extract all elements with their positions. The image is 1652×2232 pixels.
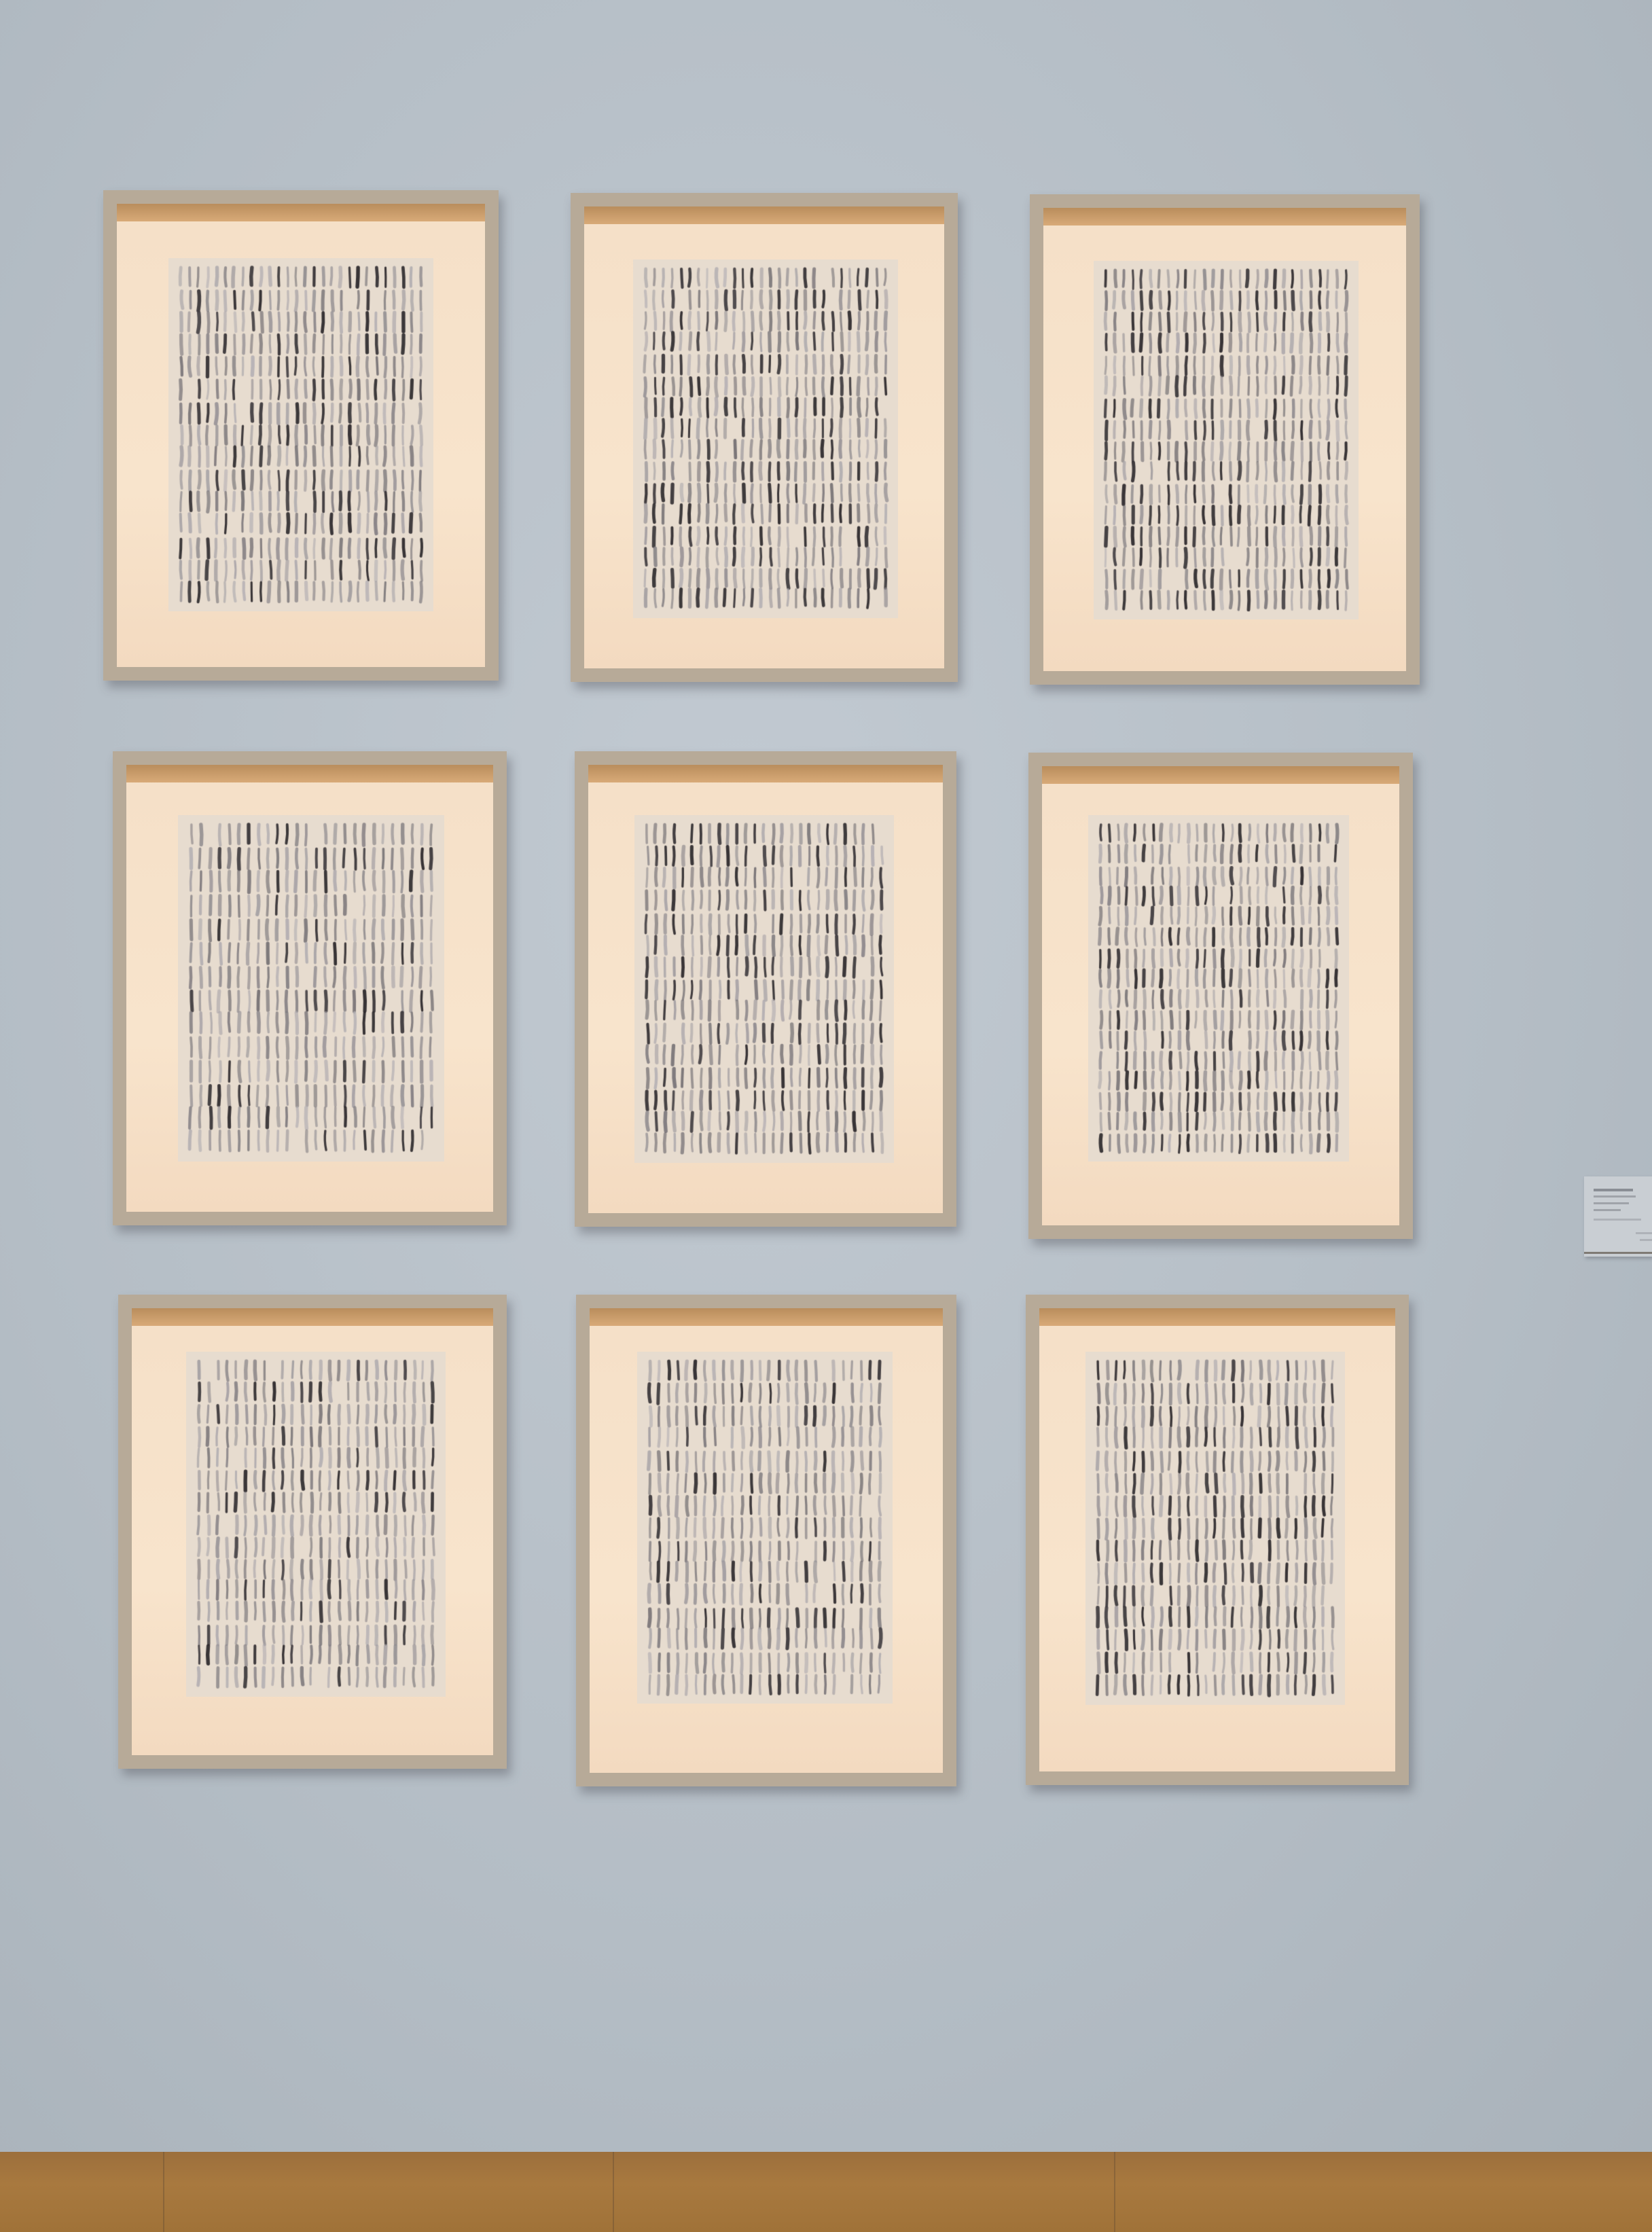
label-text-line xyxy=(1636,1232,1652,1234)
floor-seam xyxy=(163,2152,164,2232)
ink-drawing xyxy=(1094,261,1359,619)
floor-seam xyxy=(613,2152,614,2232)
frame-shadow-lip xyxy=(590,1308,943,1326)
ink-drawing xyxy=(186,1352,446,1697)
label-text-line xyxy=(1594,1202,1629,1204)
ink-drawing xyxy=(178,815,444,1162)
label-text-line xyxy=(1594,1195,1636,1198)
ink-drawing xyxy=(633,259,898,618)
frame-shadow-lip xyxy=(1043,208,1406,226)
ink-drawing xyxy=(637,1352,893,1704)
label-title-line xyxy=(1594,1189,1633,1191)
frame-shadow-lip xyxy=(117,204,485,221)
wooden-floor xyxy=(0,2152,1652,2232)
ink-drawing xyxy=(1085,1352,1345,1705)
wall-label xyxy=(1584,1176,1652,1257)
frame-shadow-lip xyxy=(588,765,943,782)
frame-shadow-lip xyxy=(1042,766,1399,784)
frame-shadow-lip xyxy=(132,1308,493,1326)
ink-drawing xyxy=(168,258,433,611)
frame-shadow-lip xyxy=(584,206,944,224)
label-text-line xyxy=(1594,1209,1621,1211)
frame-shadow-lip xyxy=(1039,1308,1395,1326)
ink-drawing xyxy=(634,815,894,1163)
label-text-line xyxy=(1594,1219,1641,1221)
label-text-line xyxy=(1640,1239,1652,1241)
ink-drawing xyxy=(1088,815,1349,1162)
frame-shadow-lip xyxy=(126,765,493,782)
floor-seam xyxy=(1114,2152,1115,2232)
label-bottom-edge xyxy=(1584,1252,1652,1254)
